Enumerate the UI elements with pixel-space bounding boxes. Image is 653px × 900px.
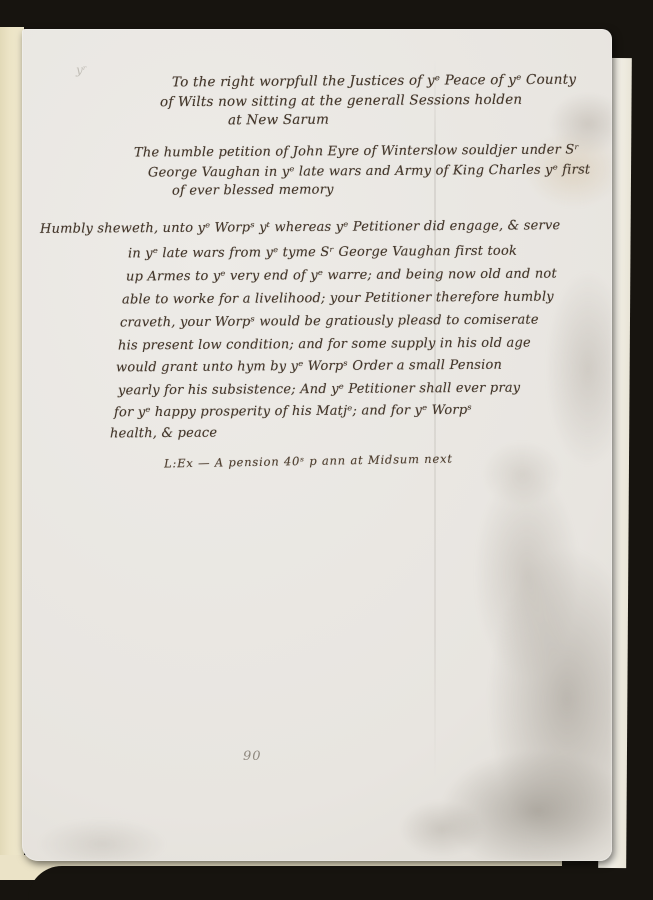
body-line: yearly for his subsistence; And yᵉ Petit… — [118, 381, 520, 399]
black-mat-corner — [28, 866, 653, 900]
body-line: Humbly sheweth, unto yᵉ Worpˢ yᵗ whereas… — [40, 218, 560, 237]
manuscript-page: yʳ To the right worpfull the Justices of… — [22, 29, 612, 861]
petition-title-line: George Vaughan in yᵉ late wars and Army … — [148, 162, 590, 180]
petition-title-line: of ever blessed memory — [172, 182, 334, 198]
clerk-annotation: L:Ex — A pension 40ˢ p ann at Midsum nex… — [164, 451, 453, 470]
heading-line: of Wilts now sitting at the generall Ses… — [160, 92, 522, 111]
underlying-leaf-edge-left — [0, 27, 24, 880]
body-line: his present low condition; and for some … — [118, 336, 531, 354]
manuscript-photo: yʳ To the right worpfull the Justices of… — [0, 0, 653, 900]
heading-line: To the right worpfull the Justices of yᵉ… — [172, 72, 576, 91]
pencil-corner-mark: yʳ — [76, 63, 87, 77]
page-number: 90 — [243, 749, 262, 764]
body-line: health, & peace — [110, 426, 217, 442]
petition-title-line: The humble petition of John Eyre of Wint… — [134, 142, 579, 160]
body-line: in yᵉ late wars from yᵉ tyme Sʳ George V… — [128, 244, 517, 262]
heading-line: at New Sarum — [228, 112, 329, 129]
body-line: for yᵉ happy prosperity of his Matjᵉ; an… — [114, 403, 472, 420]
body-line: craveth, your Worpˢ would be gratiously … — [120, 313, 539, 331]
body-line: able to worke for a livelihood; your Pet… — [122, 289, 554, 307]
body-line: up Armes to yᵉ very end of yᵉ warre; and… — [126, 266, 557, 284]
body-line: would grant unto hym by yᵉ Worpˢ Order a… — [116, 358, 502, 376]
